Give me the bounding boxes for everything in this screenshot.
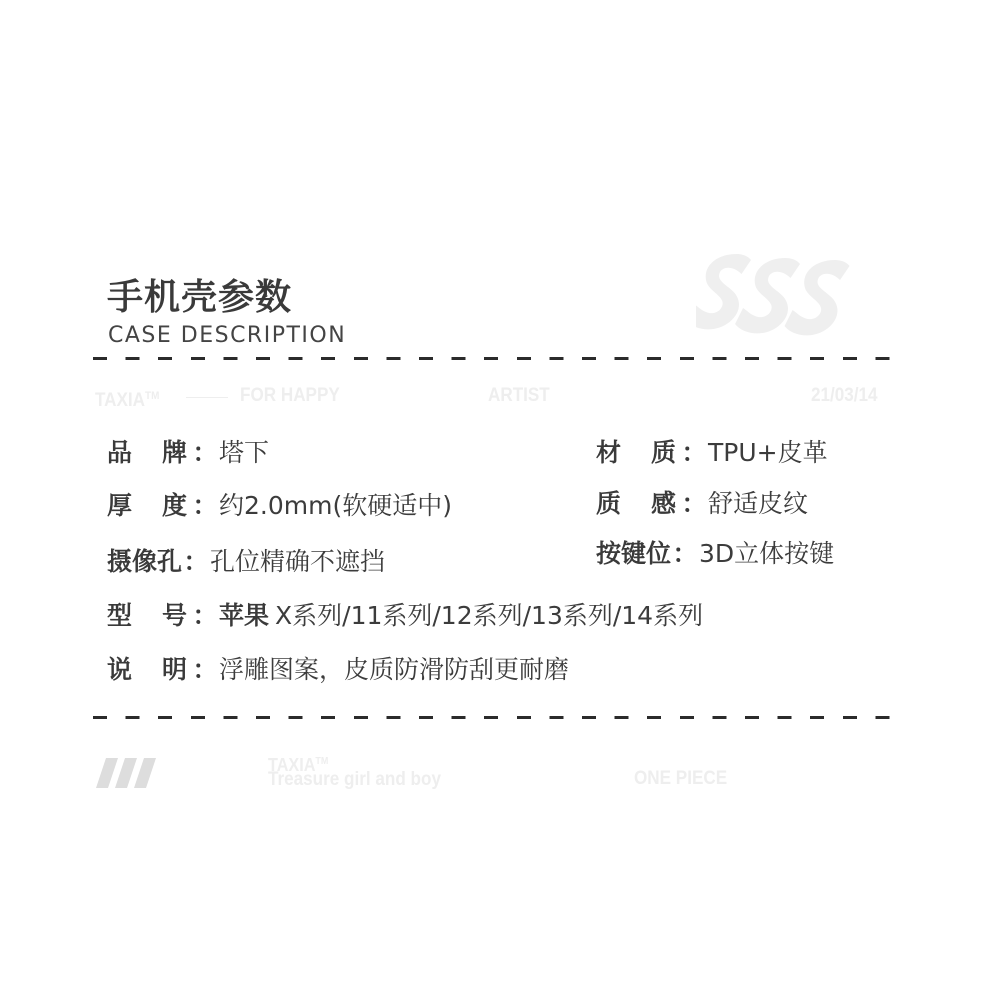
spec-label-char: 感	[651, 489, 676, 518]
spec-colon: ：	[182, 546, 210, 578]
page-title: 手机壳参数	[107, 276, 292, 320]
slash-stripes-icon	[96, 758, 156, 788]
spec-label-char: 度	[162, 491, 187, 520]
spec-row-brand: 品牌 ： 塔下	[107, 437, 269, 469]
spec-label-char: 厚	[107, 490, 162, 522]
spec-label: 品牌	[107, 437, 191, 469]
spec-label-char: 质	[596, 488, 651, 520]
spec-row-camera: 摄像孔 ： 孔位精确不遮挡	[107, 546, 385, 578]
spec-label-char: 型	[107, 600, 162, 632]
watermark-brand-text: TAXIA	[95, 390, 145, 411]
spec-label-char: 说	[107, 654, 162, 686]
spec-colon: ：	[191, 654, 219, 686]
spec-value: 塔下	[219, 437, 269, 469]
dashed-divider-top	[93, 357, 890, 360]
watermark-tagline: Treasure girl and boy	[268, 769, 441, 791]
watermark-brand: TAXIATM	[95, 385, 159, 412]
spec-row-description: 说明 ： 浮雕图案，皮质防滑防刮更耐磨	[107, 654, 569, 686]
spec-row-texture: 质感 ： 舒适皮纹	[596, 488, 808, 520]
spec-row-buttons: 按键位 ： 3D立体按键	[596, 538, 834, 570]
spec-row-material: 材质 ： TPU+皮革	[596, 437, 828, 469]
spec-colon: ：	[671, 538, 699, 570]
spec-label-char: 牌	[162, 438, 187, 467]
watermark-slogan: FOR HAPPY	[240, 385, 340, 407]
watermark-date: 21/03/14	[811, 385, 878, 407]
spec-label-char: 明	[162, 655, 187, 684]
spec-label-char: 质	[651, 438, 676, 467]
spec-row-model: 型号 ： 苹果 X系列/11系列/12系列/13系列/14系列	[107, 600, 703, 632]
spec-label: 质感	[596, 488, 680, 520]
spec-value-brand: 苹果	[219, 600, 269, 632]
spec-label: 厚度	[107, 490, 191, 522]
spec-label-char: 材	[596, 437, 651, 469]
spec-value: 孔位精确不遮挡	[210, 546, 385, 578]
spec-label: 说明	[107, 654, 191, 686]
page-subtitle: CASE DESCRIPTION	[108, 322, 346, 350]
trademark-mark: TM	[145, 390, 159, 402]
watermark-series: ONE PIECE	[634, 768, 727, 790]
spec-label: 摄像孔	[107, 546, 182, 578]
spec-colon: ：	[191, 437, 219, 469]
spec-label-char: 品	[107, 437, 162, 469]
spec-value: X系列/11系列/12系列/13系列/14系列	[275, 600, 703, 632]
spec-label: 按键位	[596, 538, 671, 570]
spec-label: 材质	[596, 437, 680, 469]
spec-colon: ：	[680, 437, 708, 469]
spec-colon: ：	[191, 490, 219, 522]
spec-row-thickness: 厚度 ： 约2.0mm(软硬适中)	[107, 490, 452, 522]
spec-label-char: 号	[162, 601, 187, 630]
spec-colon: ：	[191, 600, 219, 632]
spec-value: 舒适皮纹	[708, 488, 808, 520]
spec-value: 浮雕图案，皮质防滑防刮更耐磨	[219, 654, 569, 686]
spec-value: 3D立体按键	[699, 538, 834, 570]
trademark-mark: TM	[315, 756, 328, 767]
spec-value: TPU+皮革	[708, 437, 828, 469]
sss-logo-icon	[696, 248, 862, 340]
watermark-artist: ARTIST	[488, 385, 550, 407]
spec-colon: ：	[680, 488, 708, 520]
spec-label: 型号	[107, 600, 191, 632]
watermark-line	[186, 397, 228, 398]
dashed-divider-bottom	[93, 716, 890, 719]
spec-value: 约2.0mm(软硬适中)	[219, 490, 452, 522]
